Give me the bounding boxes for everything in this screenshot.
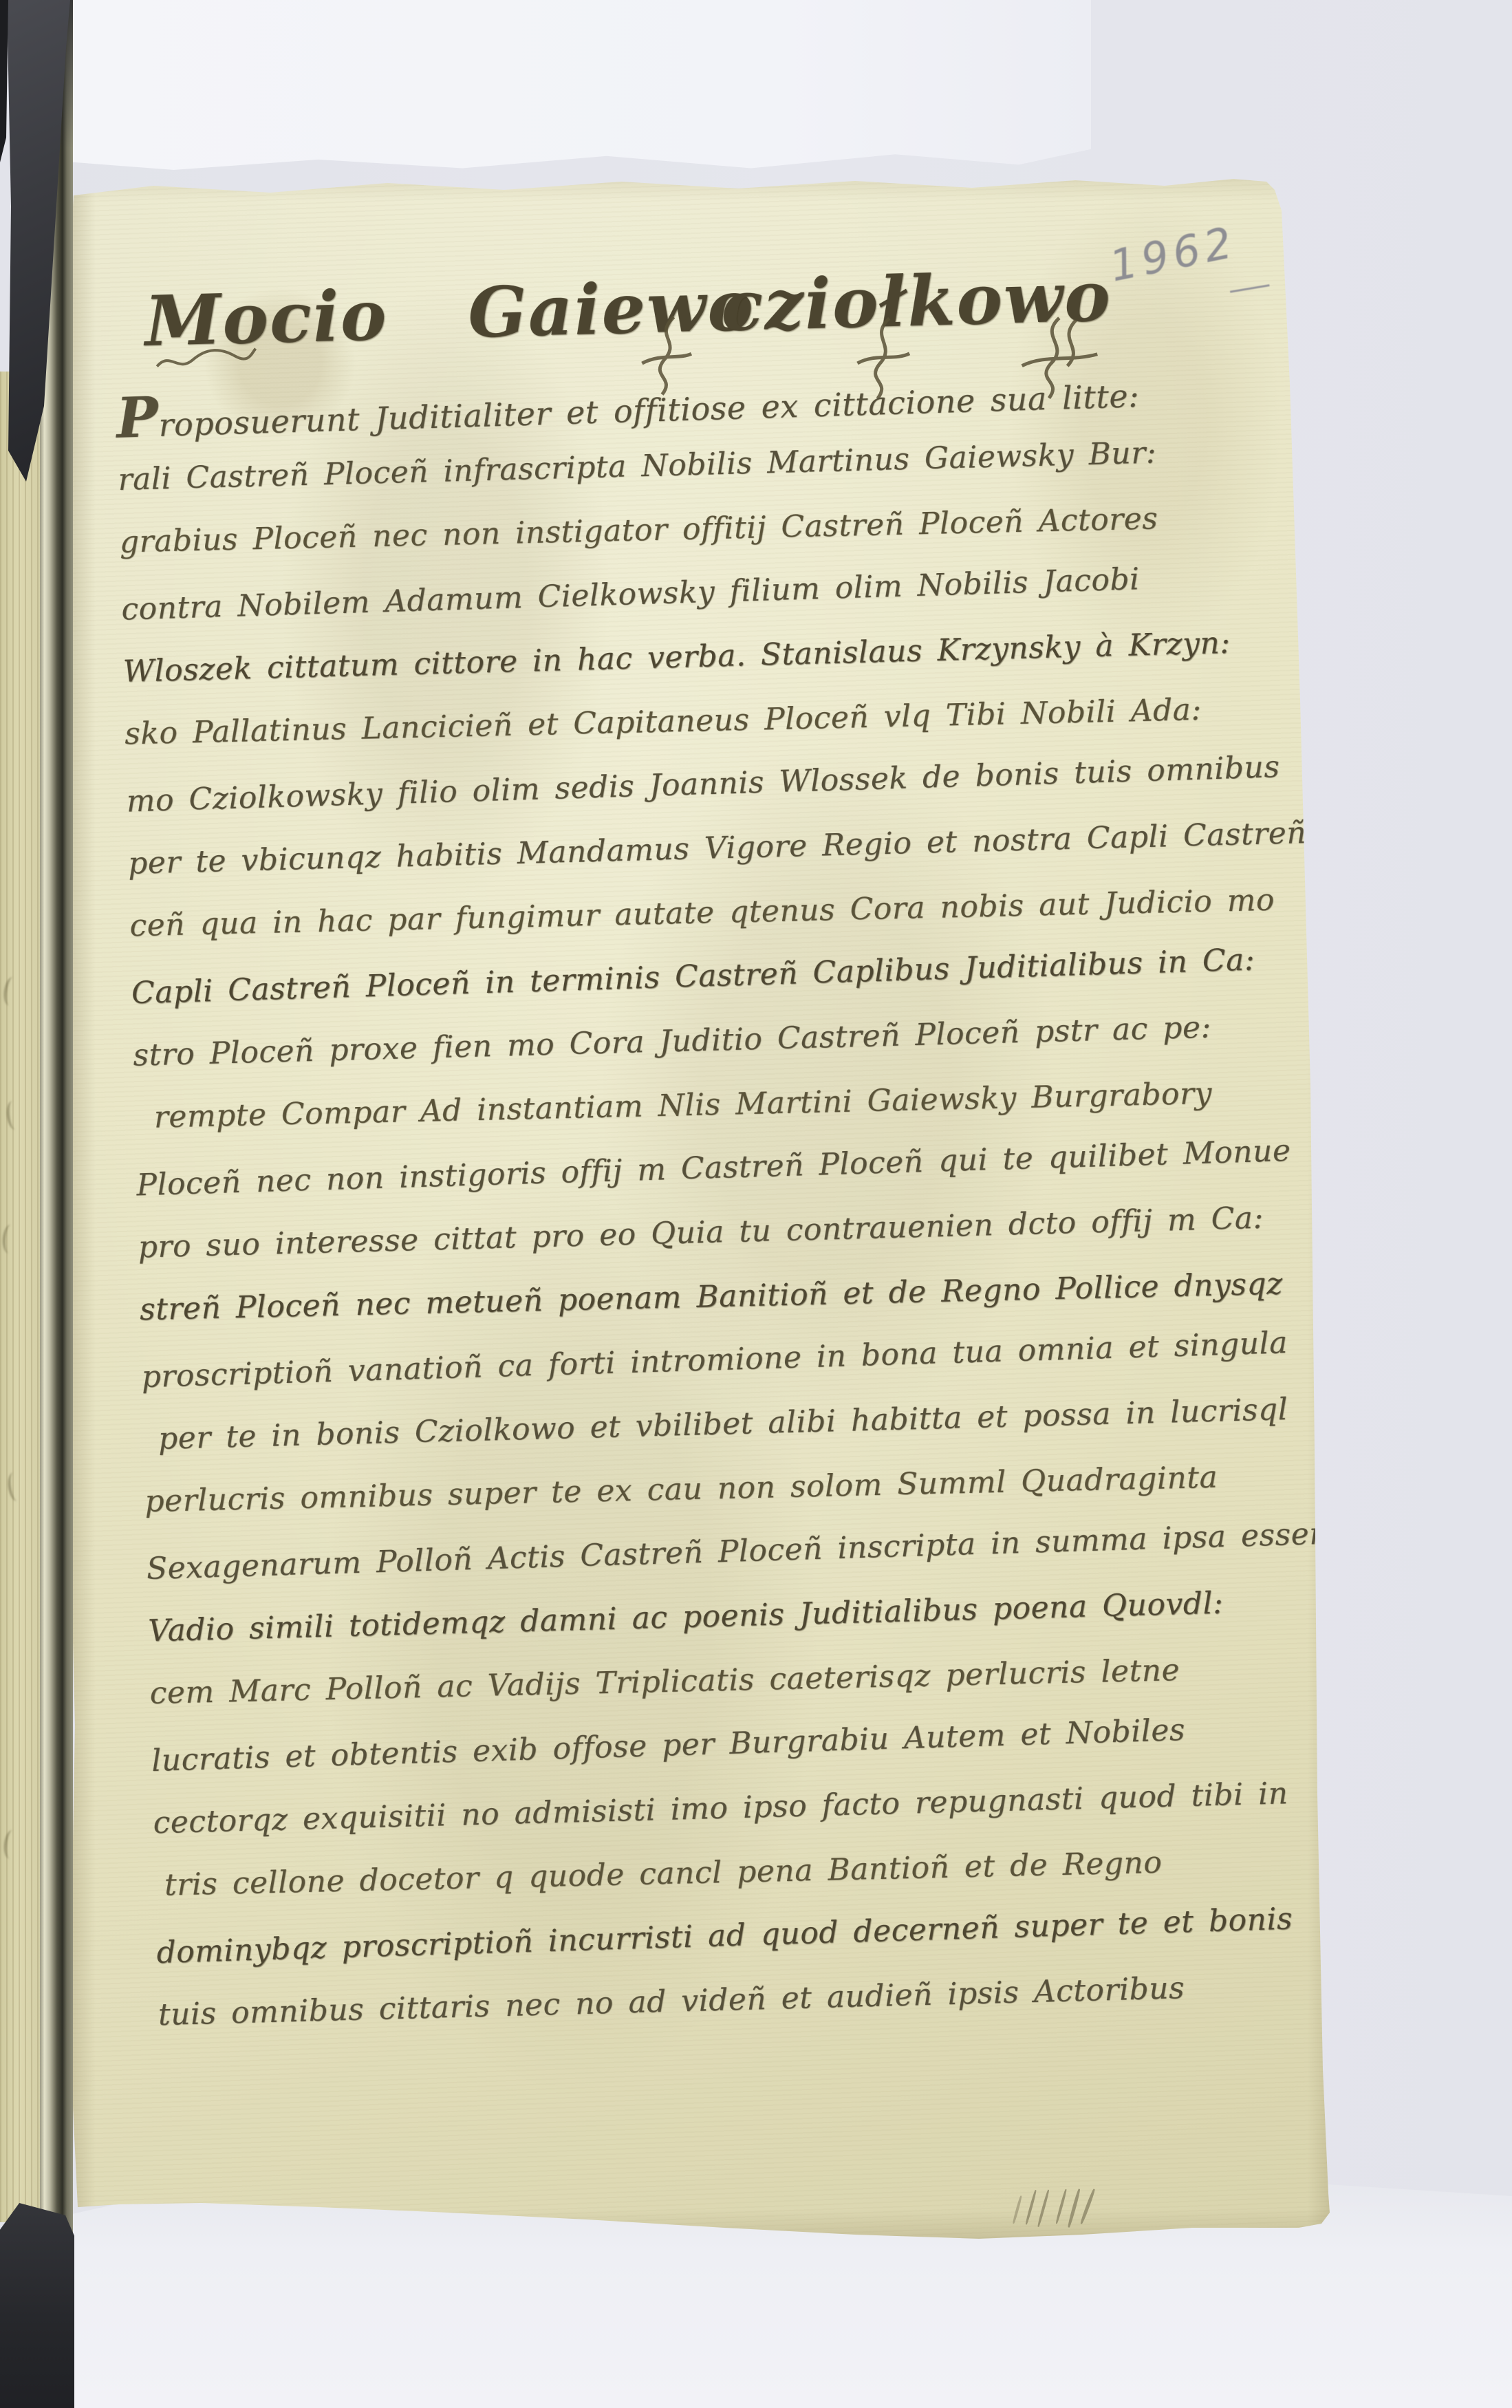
ghost-writing-mark [2,1224,18,1254]
ghost-writing-mark [3,1829,19,1860]
tally-hatch-marks [1011,2185,1102,2231]
hatch-stroke [1037,2189,1050,2227]
manuscript-page: Mocio Gaiewo cziołkowo 1962 Proposuerunt… [64,178,1335,2245]
ghost-writing-mark [6,1100,22,1130]
folio-number-pencil: 1962 [1105,217,1241,292]
ink-flourish-underline [153,341,257,379]
hatch-stroke [1079,2189,1096,2224]
ghost-writing-mark [2,976,20,1007]
scan-stage: Mocio Gaiewo cziołkowo 1962 Proposuerunt… [0,0,1512,2408]
page-content: Mocio Gaiewo cziołkowo 1962 Proposuerunt… [64,144,1389,2244]
ghost-writing-mark [6,1472,24,1502]
binding-clamp-bottom [0,2203,74,2408]
hatch-stroke [1012,2195,1022,2224]
page-stack-fore-edge [0,372,43,2222]
manuscript-body: Proposuerunt Juditialiter et offitiose e… [116,359,1121,2047]
under-sheet-top [61,0,1091,173]
hatch-stroke [1025,2190,1037,2225]
heading-word-placename-2: Gaiewo [467,271,755,347]
hatch-stroke [1067,2189,1081,2228]
pencil-underline-stroke [1230,284,1270,293]
hatch-stroke [1055,2189,1068,2224]
